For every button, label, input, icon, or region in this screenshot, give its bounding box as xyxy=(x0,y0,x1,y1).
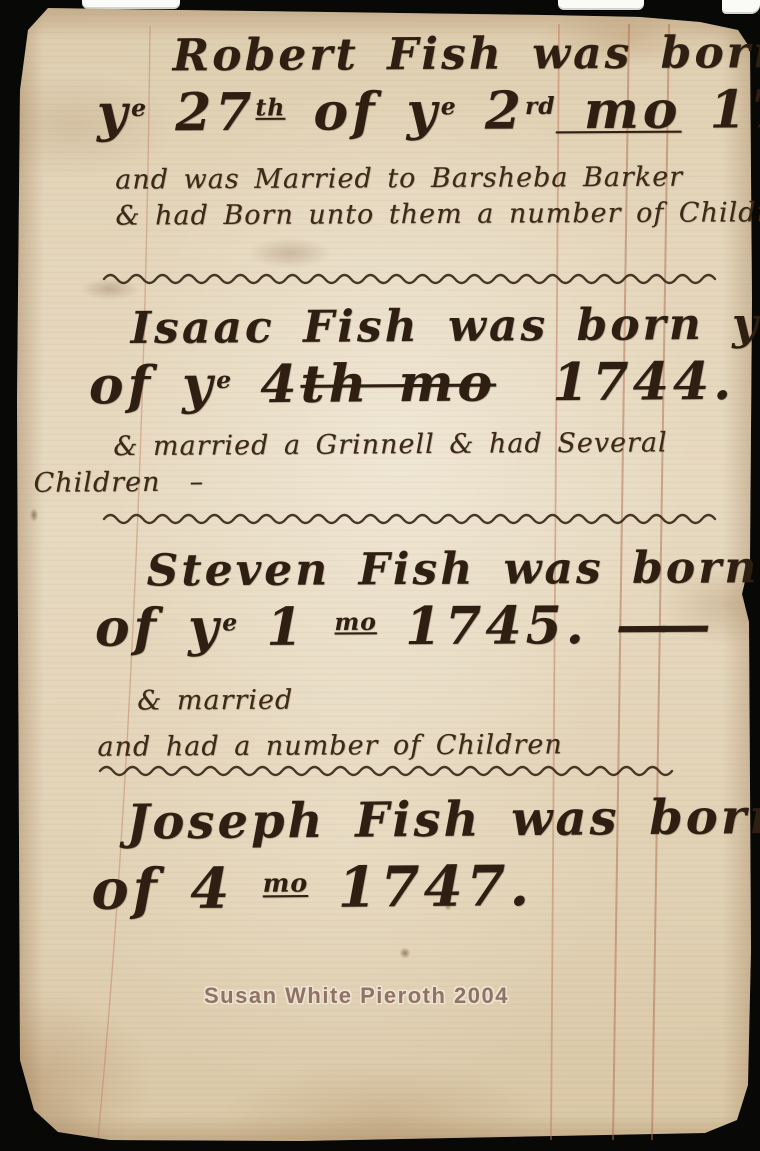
mounting-tab xyxy=(722,0,760,14)
handwritten-line: of 4 mo 1747. xyxy=(91,851,756,924)
text-segment: of y xyxy=(285,81,441,143)
text-segment: th xyxy=(255,93,285,121)
text-segment: 1 xyxy=(238,596,335,658)
text-segment: & married xyxy=(137,685,293,717)
handwritten-line: Robert Fish was born xyxy=(172,28,754,82)
record-joseph-fish: Joseph Fish was born 10thof 4 mo 1747. xyxy=(94,790,755,924)
ink-divider xyxy=(102,508,724,528)
handwritten-line: Steven Fish was born ye 9th xyxy=(146,543,754,597)
text-segment: mo xyxy=(555,79,681,141)
text-segment: Steven Fish was born y xyxy=(146,542,760,597)
text-segment: of y xyxy=(95,597,223,659)
text-segment: Isaac Fish was born y xyxy=(130,299,760,354)
text-segment: th mo xyxy=(300,352,496,414)
handwritten-line: & married a Grinnell & had Several xyxy=(113,425,755,465)
text-segment: rd xyxy=(525,91,556,119)
text-segment: 1745. xyxy=(377,595,616,657)
scanned-document: Robert Fish was bornye 27th of ye 2rd mo… xyxy=(0,0,760,1151)
handwritten-line: & had Born unto them a number of Childre… xyxy=(115,195,755,234)
handwritten-line: and was Married to Barsheba Barker xyxy=(115,159,755,198)
record-steven-fish: Steven Fish was born ye 9thof ye 1 mo 17… xyxy=(94,543,755,765)
text-segment: —— xyxy=(616,594,702,655)
text-segment: of y xyxy=(89,354,217,416)
text-segment: & married a Grinnell & had Several xyxy=(113,427,668,462)
text-segment: e xyxy=(441,92,457,120)
ink-divider xyxy=(102,268,724,288)
text-segment: 1747. xyxy=(308,853,533,921)
handwritten-line: of ye 4th mo 1744. xyxy=(89,350,755,417)
handwritten-line: & married xyxy=(137,680,755,719)
text-segment: 2 xyxy=(457,80,526,141)
text-segment: 1744. xyxy=(496,350,735,413)
ink-divider xyxy=(98,760,683,780)
text-segment: & had Born unto them a number of Childre… xyxy=(115,197,760,232)
text-segment: e xyxy=(216,365,232,393)
text-segment: Robert Fish was born xyxy=(172,27,760,81)
record-robert-fish: Robert Fish was bornye 27th of ye 2rd mo… xyxy=(94,28,755,234)
text-segment: e xyxy=(131,94,147,122)
handwritten-line: ye 27th of ye 2rd mo 1742 xyxy=(97,79,755,145)
text-segment: and had a number of Children xyxy=(97,729,562,762)
handwritten-line: of ye 1 mo 1745. —— xyxy=(95,594,755,660)
text-segment: y xyxy=(97,82,132,143)
text-segment: 4 xyxy=(232,353,301,414)
mounting-tab xyxy=(82,0,180,9)
watermark: Susan White Pieroth 2004 xyxy=(204,983,509,1009)
text-segment: of 4 xyxy=(91,856,263,923)
text-segment: e xyxy=(222,608,238,636)
text-segment: Children – xyxy=(33,466,204,498)
text-segment: mo xyxy=(262,868,308,898)
mounting-tab xyxy=(558,0,644,10)
handwritten-line: Joseph Fish was born 10th xyxy=(126,790,754,851)
text-segment: mo xyxy=(334,607,377,635)
handwritten-line: Children – xyxy=(33,460,755,501)
text-segment: Joseph Fish was born 10 xyxy=(126,788,760,851)
text-segment: 27 xyxy=(147,81,256,143)
record-isaac-fish: Isaac Fish was born ye 19thof ye 4th mo … xyxy=(94,300,755,501)
text-segment: and was Married to Barsheba Barker xyxy=(115,162,683,196)
handwritten-line: Isaac Fish was born ye 19th xyxy=(130,300,754,355)
text-segment: 1742 xyxy=(681,78,760,140)
